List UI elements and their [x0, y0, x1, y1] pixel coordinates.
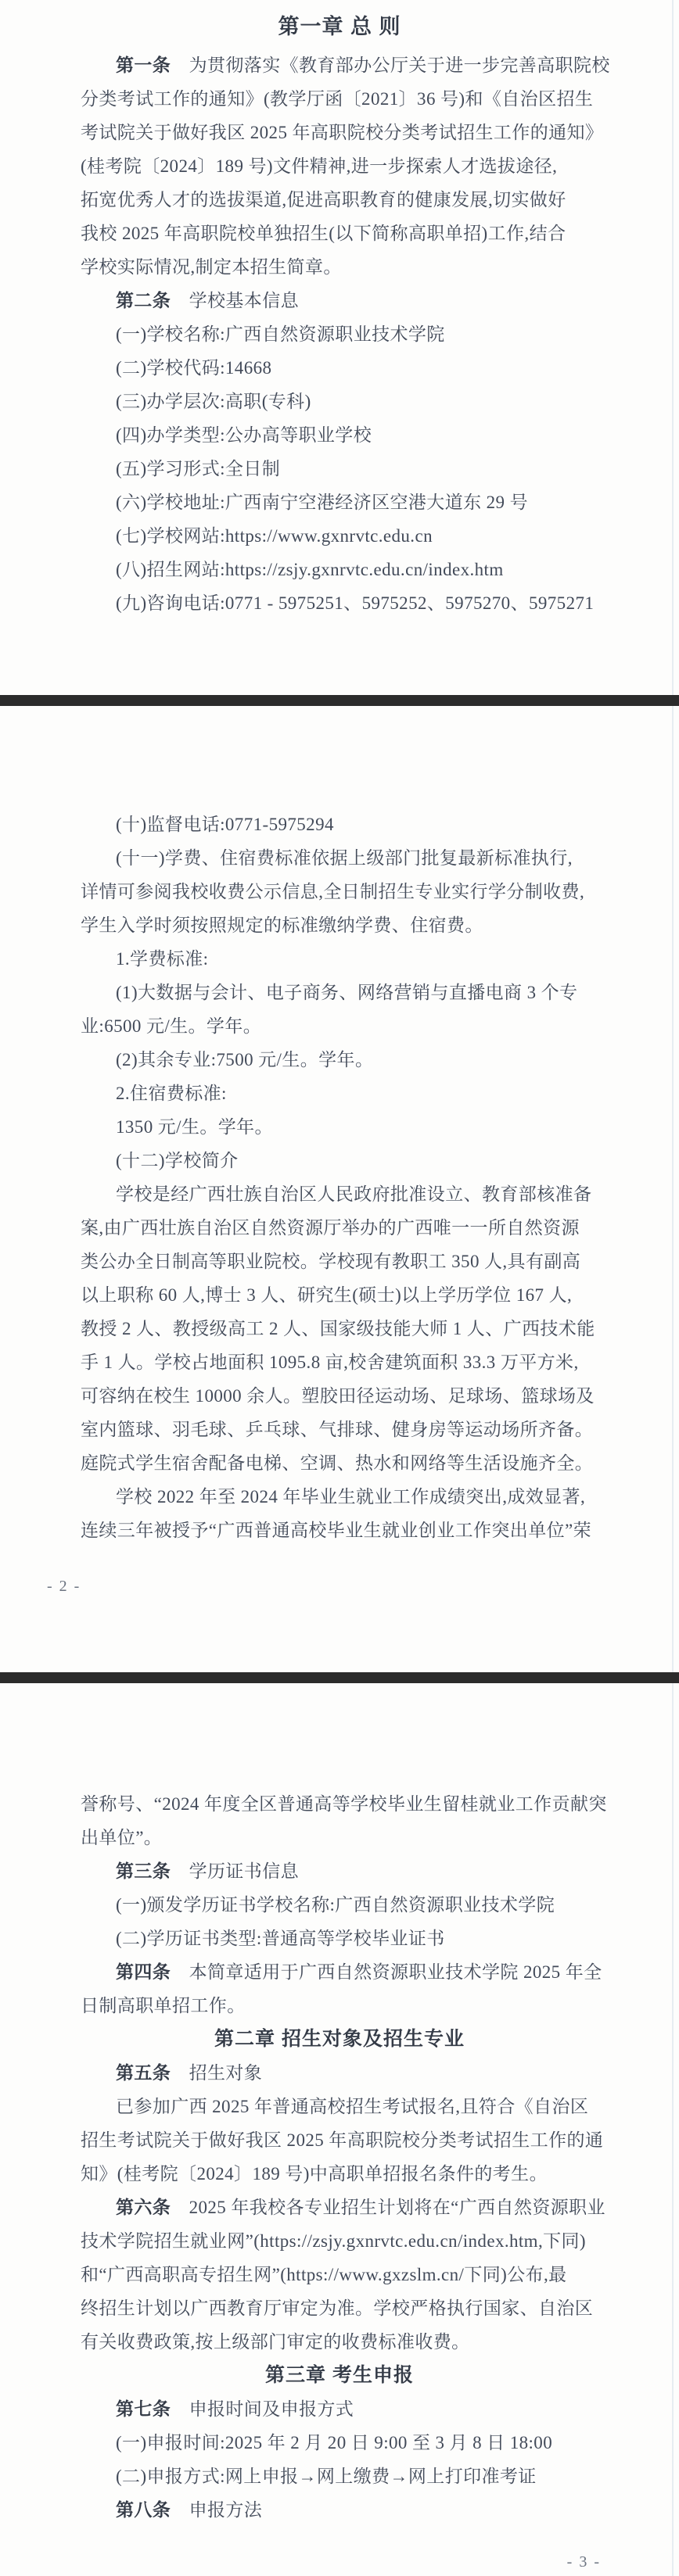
text-line: (九)咨询电话:0771 - 5975251、5975252、5975270、5… [0, 586, 679, 620]
article-number: 第八条 [116, 2499, 171, 2520]
document-page-1: 第一章 总 则第一条 为贯彻落实《教育部办公厅关于进一步完善高职院校分类考试工作… [0, 0, 679, 695]
text-line: 有关收费政策,按上级部门审定的收费标准收费。 [0, 2325, 679, 2359]
text-line: 已参加广西 2025 年普通高校招生考试报名,且符合《自治区 [0, 2090, 679, 2123]
text-line: 案,由广西壮族自治区自然资源厅举办的广西唯一一所自然资源 [0, 1211, 679, 1245]
document-page-2: (十)监督电话:0771-5975294(十一)学费、住宿费标准依据上级部门批复… [0, 706, 679, 1672]
article-number: 第四条 [116, 1962, 171, 1982]
text-line: 详情可参阅我校收费公示信息,全日制招生专业实行学分制收费, [0, 875, 679, 908]
text-line: 第四条 本简章适用于广西自然资源职业技术学院 2025 年全 [0, 1955, 679, 1989]
article-number: 第二条 [116, 290, 171, 310]
text-line: 拓宽优秀人才的选拔渠道,促进高职教育的健康发展,切实做好 [0, 183, 679, 217]
text-line: 知》(桂考院〔2024〕189 号)中高职单招报名条件的考生。 [0, 2157, 679, 2191]
text-line: (七)学校网站:https://www.gxnrvtc.edu.cn [0, 519, 679, 553]
text-line: (十)监督电话:0771-5975294 [0, 808, 679, 841]
text-line: 1350 元/生。学年。 [0, 1110, 679, 1144]
text-line: 第六条 2025 年我校各专业招生计划将在“广西自然资源职业 [0, 2191, 679, 2224]
article-number: 第一条 [116, 55, 171, 75]
text-line: (四)办学类型:公办高等职业学校 [0, 418, 679, 452]
text-line: 分类考试工作的通知》(教学厅函〔2021〕36 号)和《自治区招生 [0, 82, 679, 116]
text-line: 类公办全日制高等职业院校。学校现有教职工 350 人,具有副高 [0, 1245, 679, 1278]
text-line: 第二条 学校基本信息 [0, 284, 679, 317]
document-page-3: 誉称号、“2024 年度全区普通高等学校毕业生留桂就业工作贡献突出单位”。第三条… [0, 1683, 679, 2576]
text-line: 终招生计划以广西教育厅审定为准。学校严格执行国家、自治区 [0, 2291, 679, 2325]
text-line: 学校 2022 年至 2024 年毕业生就业工作成绩突出,成效显著, [0, 1480, 679, 1514]
page-number-3: - 3 - [567, 2553, 601, 2571]
text-line: 第七条 申报时间及申报方式 [0, 2392, 679, 2426]
text-line: (二)学历证书类型:普通高等学校毕业证书 [0, 1922, 679, 1955]
text-line: 以上职称 60 人,博士 3 人、研究生(硕士)以上学历学位 167 人, [0, 1278, 679, 1312]
text-line: 手 1 人。学校占地面积 1095.8 亩,校舍建筑面积 33.3 万平方米, [0, 1345, 679, 1379]
text-line: 第一条 为贯彻落实《教育部办公厅关于进一步完善高职院校 [0, 48, 679, 82]
text-line: (一)学校名称:广西自然资源职业技术学院 [0, 317, 679, 351]
text-line: 第三条 学历证书信息 [0, 1854, 679, 1888]
text-line: (1)大数据与会计、电子商务、网络营销与直播电商 3 个专 [0, 976, 679, 1009]
text-line: (三)办学层次:高职(专科) [0, 385, 679, 418]
text-line: (一)申报时间:2025 年 2 月 20 日 9:00 至 3 月 8 日 1… [0, 2426, 679, 2460]
text-line: 2.住宿费标准: [0, 1077, 679, 1110]
chapter-heading: 第三章 考生申报 [0, 2359, 679, 2392]
text-line: (二)申报方式:网上申报→网上缴费→网上打印准考证 [0, 2460, 679, 2493]
text-line: 考试院关于做好我区 2025 年高职院校分类考试招生工作的通知》 [0, 116, 679, 149]
article-number: 第五条 [116, 2062, 171, 2083]
text-line: 和“广西高职高专招生网”(https://www.gxzslm.cn/下同)公布… [0, 2258, 679, 2291]
text-line: (2)其余专业:7500 元/生。学年。 [0, 1043, 679, 1077]
text-line: 技术学院招生就业网”(https://zsjy.gxnrvtc.edu.cn/i… [0, 2224, 679, 2258]
article-number: 第七条 [116, 2399, 171, 2419]
text-line: 可容纳在校生 10000 余人。塑胶田径运动场、足球场、篮球场及 [0, 1379, 679, 1413]
page-3-text-block: 誉称号、“2024 年度全区普通高等学校毕业生留桂就业工作贡献突出单位”。第三条… [0, 1787, 679, 2527]
text-line: 第五条 招生对象 [0, 2056, 679, 2090]
text-line: 出单位”。 [0, 1821, 679, 1854]
text-line: 学生入学时须按照规定的标准缴纳学费、住宿费。 [0, 908, 679, 942]
text-line: (二)学校代码:14668 [0, 351, 679, 385]
text-line: (十一)学费、住宿费标准依据上级部门批复最新标准执行, [0, 841, 679, 875]
scanned-document: 第一章 总 则第一条 为贯彻落实《教育部办公厅关于进一步完善高职院校分类考试工作… [0, 0, 679, 2576]
chapter-heading: 第二章 招生对象及招生专业 [0, 2022, 679, 2056]
text-line: 连续三年被授予“广西普通高校毕业生就业创业工作突出单位”荣 [0, 1514, 679, 1547]
text-line: 庭院式学生宿舍配备电梯、空调、热水和网络等生活设施齐全。 [0, 1446, 679, 1480]
chapter-heading: 第一章 总 则 [0, 9, 679, 44]
text-line: (一)颁发学历证书学校名称:广西自然资源职业技术学院 [0, 1888, 679, 1922]
text-line: (六)学校地址:广西南宁空港经济区空港大道东 29 号 [0, 485, 679, 519]
article-number: 第六条 [116, 2197, 171, 2217]
text-line: 第八条 申报方法 [0, 2493, 679, 2527]
article-number: 第三条 [116, 1861, 171, 1881]
text-line: 室内篮球、羽毛球、乒乓球、气排球、健身房等运动场所齐备。 [0, 1413, 679, 1446]
text-line: 我校 2025 年高职院校单独招生(以下简称高职单招)工作,结合 [0, 217, 679, 250]
page-separator [0, 1672, 679, 1683]
text-line: 招生考试院关于做好我区 2025 年高职院校分类考试招生工作的通 [0, 2123, 679, 2157]
page-1-text-block: 第一章 总 则第一条 为贯彻落实《教育部办公厅关于进一步完善高职院校分类考试工作… [0, 9, 679, 620]
text-line: 日制高职单招工作。 [0, 1989, 679, 2022]
text-line: 业:6500 元/生。学年。 [0, 1009, 679, 1043]
text-line: (桂考院〔2024〕189 号)文件精神,进一步探索人才选拔途径, [0, 149, 679, 183]
text-line: (八)招生网站:https://zsjy.gxnrvtc.edu.cn/inde… [0, 553, 679, 586]
text-line: 誉称号、“2024 年度全区普通高等学校毕业生留桂就业工作贡献突 [0, 1787, 679, 1821]
text-line: (十二)学校简介 [0, 1144, 679, 1177]
page-separator [0, 695, 679, 706]
text-line: 教授 2 人、教授级高工 2 人、国家级技能大师 1 人、广西技术能 [0, 1312, 679, 1345]
page-number-2: - 2 - [47, 1578, 81, 1596]
text-line: 1.学费标准: [0, 942, 679, 976]
text-line: 学校是经广西壮族自治区人民政府批准设立、教育部核准备 [0, 1177, 679, 1211]
text-line: (五)学习形式:全日制 [0, 452, 679, 485]
page-2-text-block: (十)监督电话:0771-5975294(十一)学费、住宿费标准依据上级部门批复… [0, 808, 679, 1547]
text-line: 学校实际情况,制定本招生简章。 [0, 250, 679, 284]
